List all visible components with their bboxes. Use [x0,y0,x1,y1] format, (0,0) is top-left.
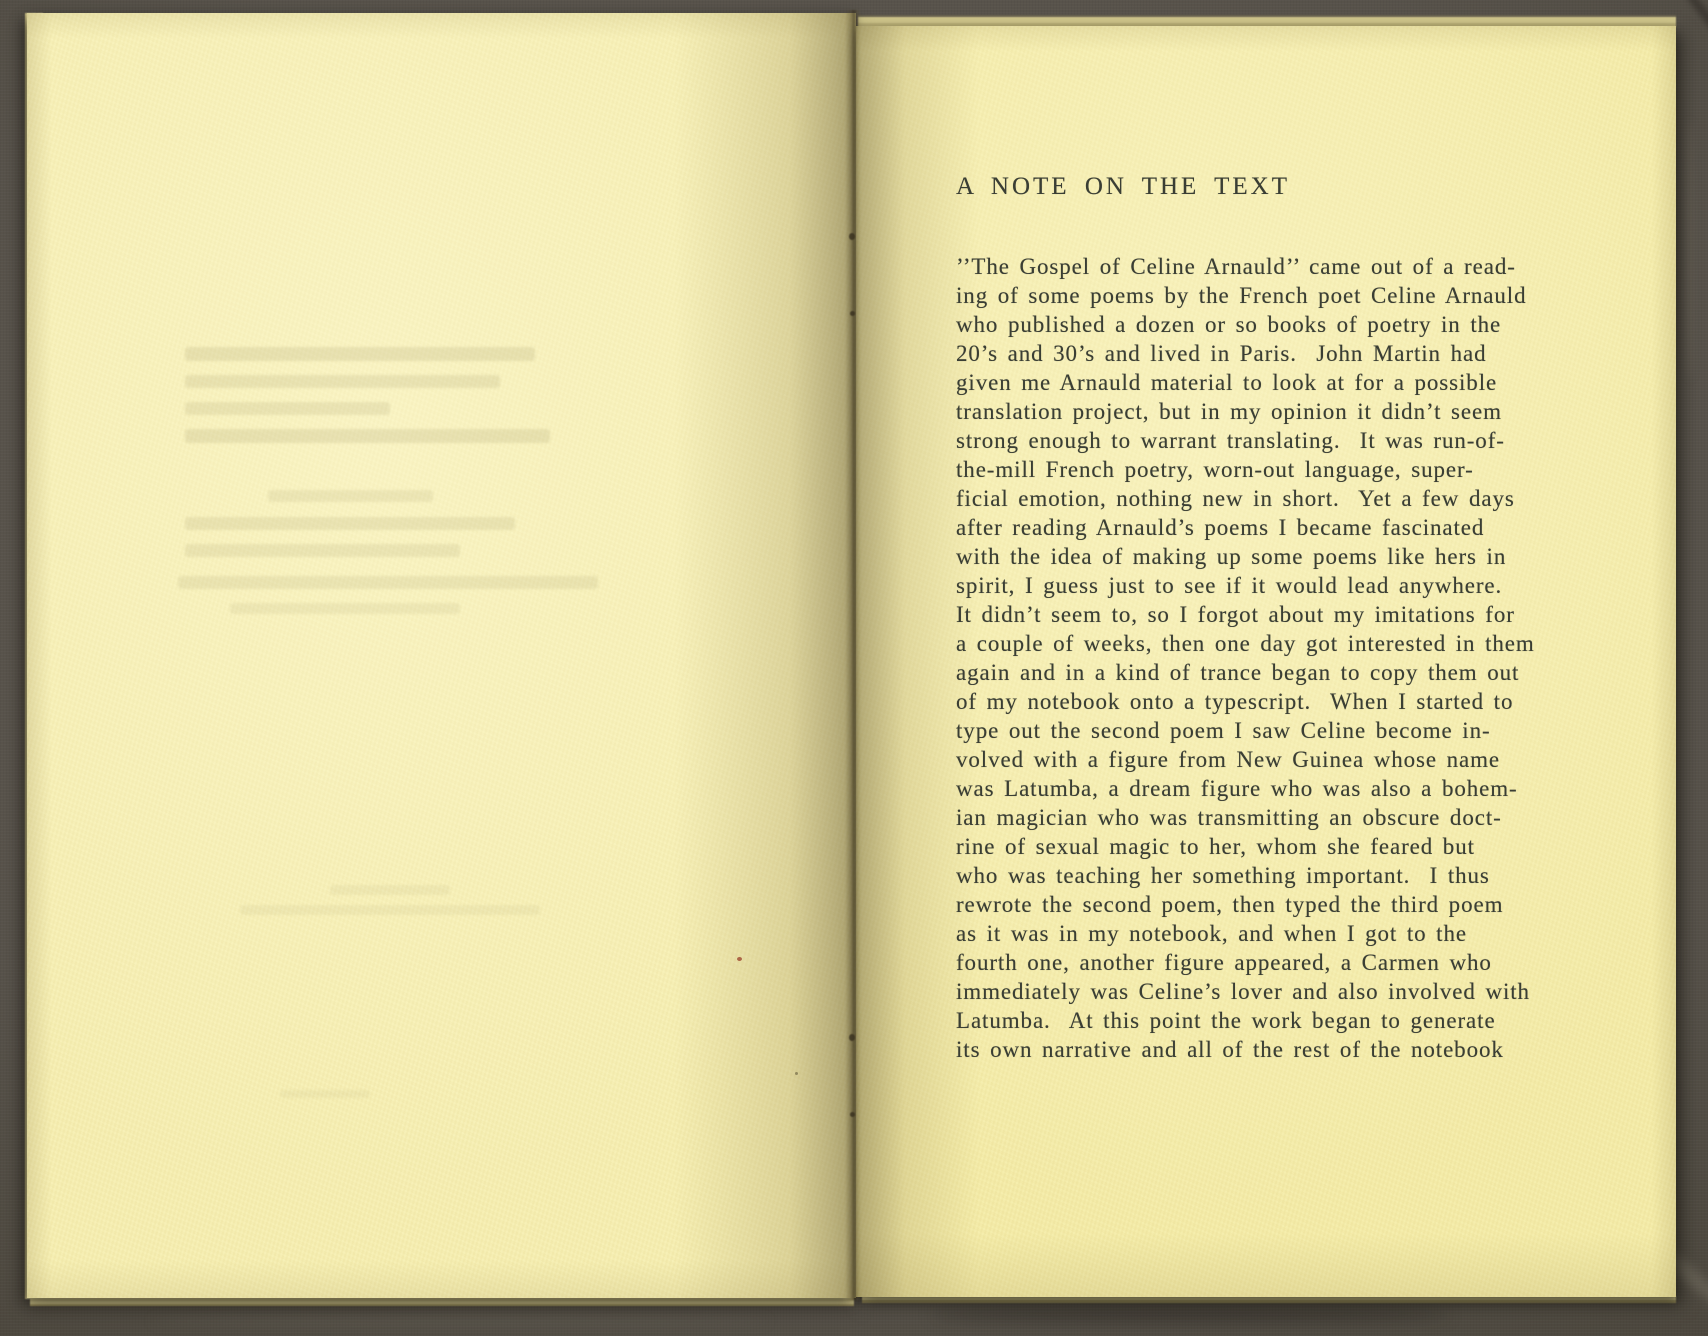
ghost-text-line [240,905,540,915]
cover-fold [150,1316,770,1326]
binding-stitch-dot [850,311,855,316]
ghost-text-line [185,544,460,557]
ghost-text-line [230,603,460,614]
ghost-text-line [268,490,433,502]
ghost-text-line [330,885,450,895]
note-heading: A NOTE ON THE TEXT [956,172,1616,202]
paper-speck [737,957,742,961]
ghost-text-line [185,517,515,530]
note-body: ’’The Gospel of Celine Arnauld’’ came ou… [956,252,1616,1064]
left-page [27,13,856,1298]
ghost-text-line [185,375,500,388]
open-book-photo: A NOTE ON THE TEXT ’’The Gospel of Celin… [0,0,1708,1336]
ghost-text-line [185,347,535,361]
right-page-bottom-edge [862,1296,1676,1303]
cover-fold [930,1305,1450,1323]
binding-gutter-crease [845,10,861,1300]
paper-speck [795,1072,798,1075]
left-page-bottom-edge [30,1297,854,1306]
cover-fold [1686,120,1694,380]
binding-stitch-dot [849,1034,855,1041]
binding-stitch-dot [849,233,855,240]
right-page: A NOTE ON THE TEXT ’’The Gospel of Celin… [856,26,1676,1297]
ghost-text-line [185,402,390,415]
ghost-text-line [185,429,550,443]
ghost-text-line [280,1090,370,1098]
note-text-block: A NOTE ON THE TEXT ’’The Gospel of Celin… [956,172,1616,1064]
binding-stitch-dot [850,1112,855,1117]
ghost-text-line [178,576,598,589]
